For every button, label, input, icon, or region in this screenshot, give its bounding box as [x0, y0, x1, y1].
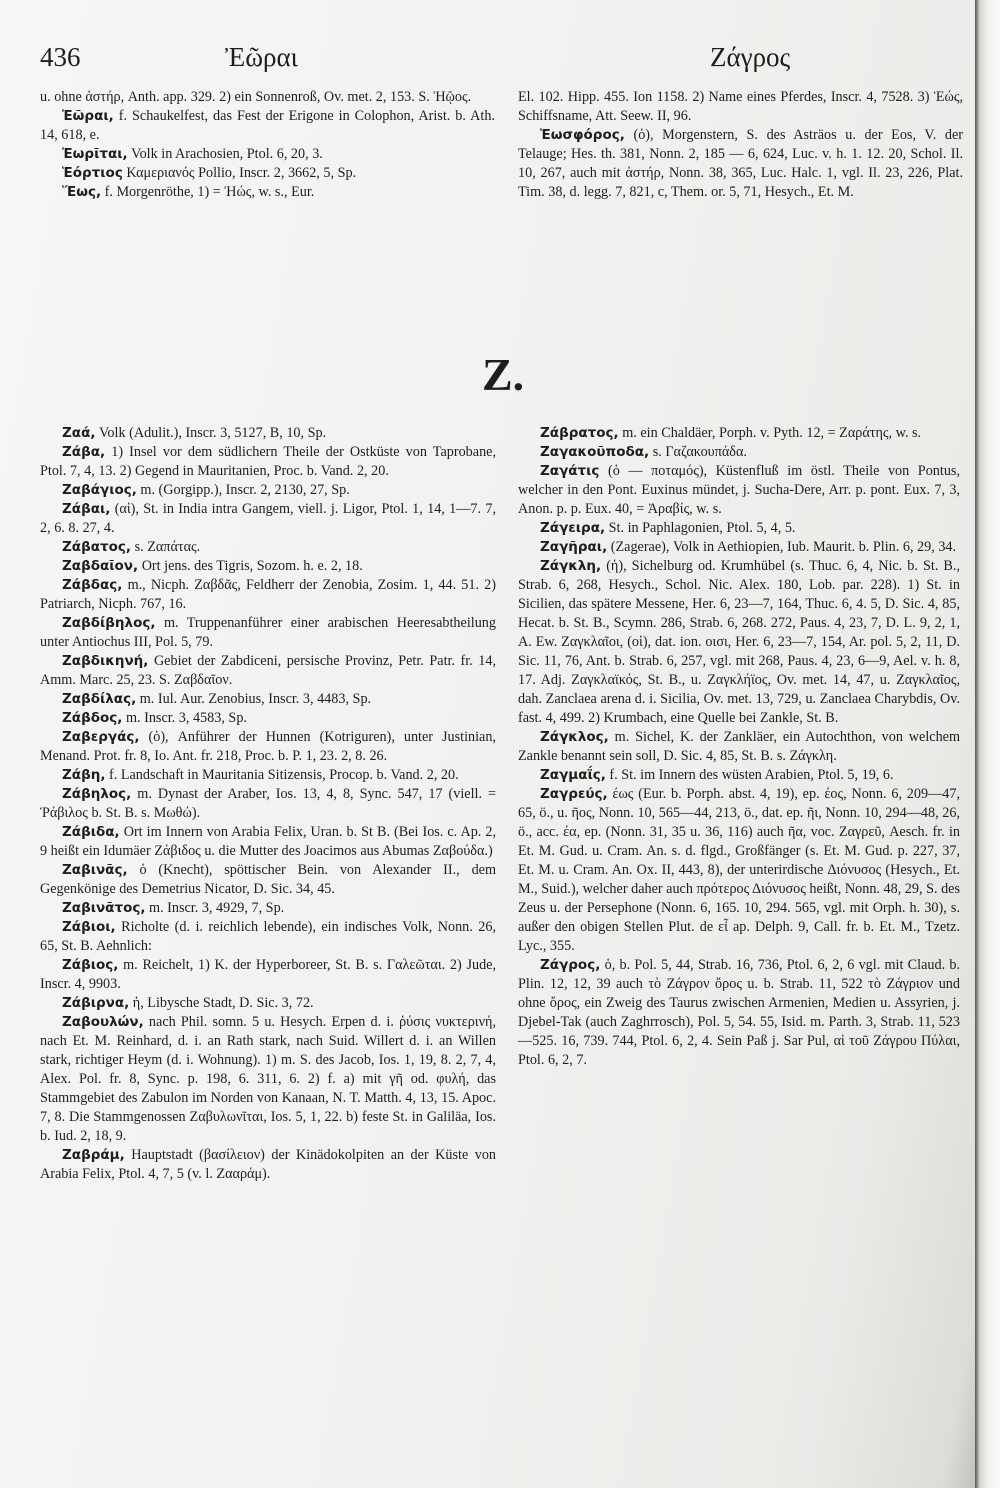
- dictionary-entry: Ζάγρος, ὁ, b. Pol. 5, 44, Strab. 16, 736…: [518, 956, 960, 1070]
- entry-headword: Ζάβδος,: [62, 710, 122, 726]
- entry-headword: Ζάβιρνα,: [62, 995, 129, 1011]
- entry-text: St. in Paphlagonien, Ptol. 5, 4, 5.: [609, 520, 796, 536]
- entry-headword: Ζάβα,: [62, 444, 105, 460]
- column-top-right: El. 102. Hipp. 455. Ion 1158. 2) Name ei…: [518, 88, 963, 202]
- dictionary-entry: u. ohne ἀστήρ, Anth. app. 329. 2) ein So…: [40, 88, 495, 107]
- book-binding-edge: [975, 0, 1000, 1488]
- entry-text: Volk in Arachosien, Ptol. 6, 20, 3.: [131, 146, 323, 162]
- page-header: 436 Ἐῶραι Ζάγρος: [40, 42, 965, 82]
- entry-headword: Ζάβατος,: [62, 539, 131, 555]
- entry-text: m. ein Chaldäer, Porph. v. Pyth. 12, = Ζ…: [622, 425, 921, 441]
- dictionary-entry: Ἑωσφόρος, (ὁ), Morgenstern, S. des Asträ…: [518, 126, 963, 202]
- dictionary-entry: Ζάβδος, m. Inscr. 3, 4583, Sp.: [40, 709, 496, 728]
- dictionary-entry: Ζαβδαῖον, Ort jens. des Tigris, Sozom. h…: [40, 557, 496, 576]
- entry-headword: Ἑόρτιος: [62, 165, 123, 181]
- entry-headword: Ζαγάτις: [540, 463, 599, 479]
- dictionary-entry: Ζαβδίλας, m. Iul. Aur. Zenobius, Inscr. …: [40, 690, 496, 709]
- dictionary-entry: Ζάβαι, (αἱ), St. in India intra Gangem, …: [40, 500, 496, 538]
- entry-headword: Ζάβιδα,: [62, 824, 120, 840]
- dictionary-entry: Ζάβρατος, m. ein Chaldäer, Porph. v. Pyt…: [518, 424, 960, 443]
- section-letter-heading: Z.: [482, 348, 524, 401]
- entry-text: m. Iul. Aur. Zenobius, Inscr. 3, 4483, S…: [140, 691, 371, 707]
- entry-headword: Ζάγκλος,: [540, 729, 609, 745]
- dictionary-entry: Ζάβη, f. Landschaft in Mauritania Sitize…: [40, 766, 496, 785]
- entry-text: ἡ, Libysche Stadt, D. Sic. 3, 72.: [133, 995, 314, 1011]
- dictionary-entry: Ἐῶραι, f. Schaukelfest, das Fest der Eri…: [40, 107, 495, 145]
- entry-headword: Ἕως,: [62, 184, 101, 200]
- entry-headword: Ζαβδαῖον,: [62, 558, 138, 574]
- entry-headword: Ζαβουλών,: [62, 1014, 144, 1030]
- entry-text: s. Ζαπάτας.: [135, 539, 201, 555]
- page-number: 436: [40, 42, 81, 73]
- dictionary-entry: Ζάγκλη, (ἡ), Sichelburg od. Krumhübel (s…: [518, 557, 960, 728]
- dictionary-entry: Ζάβα, 1) Insel vor dem südlichern Theile…: [40, 443, 496, 481]
- dictionary-entry: Ζάβηλος, m. Dynast der Araber, Ios. 13, …: [40, 785, 496, 823]
- dictionary-entry: Ζάγειρα, St. in Paphlagonien, Ptol. 5, 4…: [518, 519, 960, 538]
- entry-headword: Ζαγμαΐς,: [540, 767, 606, 783]
- dictionary-entry: Ζάβιος, m. Reichelt, 1) K. der Hyperbore…: [40, 956, 496, 994]
- entry-text: Καμεριανός Pollio, Inscr. 2, 3662, 5, Sp…: [126, 165, 356, 181]
- dictionary-entry: Ζαβδικηνή, Gebiet der Zabdiceni, persisc…: [40, 652, 496, 690]
- entry-text: f. Landschaft in Mauritania Sitizensis, …: [109, 767, 459, 783]
- entry-headword: Ἐωρῖται,: [62, 146, 128, 162]
- running-head-right: Ζάγρος: [710, 42, 790, 73]
- entry-headword: Ζαγῆραι,: [540, 539, 607, 555]
- entry-text: nach Phil. somn. 5 u. Hesych. Erpen d. i…: [40, 1014, 496, 1144]
- dictionary-entry: Ζαγάτις (ὁ — ποταμός), Küstenfluß im öst…: [518, 462, 960, 519]
- dictionary-entry: Ζαβάγιος, m. (Gorgipp.), Inscr. 2, 2130,…: [40, 481, 496, 500]
- entry-text: (ἡ), Sichelburg od. Krumhübel (s. Thuc. …: [518, 558, 960, 726]
- column-top-left: u. ohne ἀστήρ, Anth. app. 329. 2) ein So…: [40, 88, 495, 202]
- dictionary-entry: Ζάγκλος, m. Sichel, K. der Zankläer, ein…: [518, 728, 960, 766]
- entry-text: έως (Eur. b. Porph. abst. 4, 19), ep. έο…: [518, 786, 960, 954]
- entry-text: 1) Insel vor dem südlichern Theile der O…: [40, 444, 496, 479]
- dictionary-entry: Ζάβιρνα, ἡ, Libysche Stadt, D. Sic. 3, 7…: [40, 994, 496, 1013]
- dictionary-page: 436 Ἐῶραι Ζάγρος u. ohne ἀστήρ, Anth. ap…: [0, 0, 980, 1488]
- dictionary-entry: Ζάβατος, s. Ζαπάτας.: [40, 538, 496, 557]
- dictionary-entry: Ζαβουλών, nach Phil. somn. 5 u. Hesych. …: [40, 1013, 496, 1146]
- entry-headword: Ζαβάγιος,: [62, 482, 137, 498]
- entry-headword: Ἑωσφόρος,: [540, 127, 625, 143]
- dictionary-entry: Ζαγακοῦποδα, s. Γαζακουπάδα.: [518, 443, 960, 462]
- dictionary-entry: Ζάβιοι, Richolte (d. i. reichlich lebend…: [40, 918, 496, 956]
- dictionary-entry: Ζαβδίβηλος, m. Truppenanführer einer ara…: [40, 614, 496, 652]
- entry-text: s. Γαζακουπάδα.: [653, 444, 747, 460]
- entry-headword: Ζάγκλη,: [540, 558, 601, 574]
- dictionary-entry: Ζαά, Volk (Adulit.), Inscr. 3, 5127, B, …: [40, 424, 496, 443]
- entry-headword: Ζαβεργάς,: [62, 729, 140, 745]
- dictionary-entry: Ζαγῆραι, (Zagerae), Volk in Aethiopien, …: [518, 538, 960, 557]
- entry-headword: Ζάγειρα,: [540, 520, 605, 536]
- entry-text: (Zagerae), Volk in Aethiopien, Iub. Maur…: [611, 539, 956, 555]
- entry-headword: Ζάβηλος,: [62, 786, 131, 802]
- dictionary-entry: El. 102. Hipp. 455. Ion 1158. 2) Name ei…: [518, 88, 963, 126]
- entry-headword: Ζάβιοι,: [62, 919, 116, 935]
- entry-text: m. (Gorgipp.), Inscr. 2, 2130, 27, Sp.: [140, 482, 349, 498]
- entry-headword: Ζαβινᾶς,: [62, 862, 128, 878]
- dictionary-entry: Ζαβινᾶτος, m. Inscr. 3, 4929, 7, Sp.: [40, 899, 496, 918]
- dictionary-entry: Ζάβιδα, Ort im Innern von Arabia Felix, …: [40, 823, 496, 861]
- entry-headword: Ζαβδίλας,: [62, 691, 136, 707]
- entry-text: f. St. im Innern des wüsten Arabien, Pto…: [609, 767, 893, 783]
- entry-text: m. Inscr. 3, 4929, 7, Sp.: [149, 900, 284, 916]
- entry-headword: Ζαγακοῦποδα,: [540, 444, 649, 460]
- entry-headword: Ζάγρος,: [540, 957, 600, 973]
- entry-text: f. Morgenröthe, 1) = Ἠώς, w. s., Eur.: [105, 184, 315, 200]
- running-head-left: Ἐῶραι: [225, 42, 298, 73]
- entry-text: m. Inscr. 3, 4583, Sp.: [126, 710, 247, 726]
- dictionary-entry: Ζαβράμ, Hauptstadt (βασίλειον) der Kinäd…: [40, 1146, 496, 1184]
- entry-headword: Ζαβδικηνή,: [62, 653, 148, 669]
- entry-headword: Ζαγρεύς,: [540, 786, 608, 802]
- column-main-left: Ζαά, Volk (Adulit.), Inscr. 3, 5127, B, …: [40, 424, 496, 1184]
- dictionary-entry: Ἑόρτιος Καμεριανός Pollio, Inscr. 2, 366…: [40, 164, 495, 183]
- dictionary-entry: Ζαβινᾶς, ὁ (Knecht), spöttischer Bein. v…: [40, 861, 496, 899]
- entry-headword: Ζάβαι,: [62, 501, 110, 517]
- entry-headword: Ζάβρατος,: [540, 425, 619, 441]
- column-main-right: Ζάβρατος, m. ein Chaldäer, Porph. v. Pyt…: [518, 424, 960, 1070]
- entry-headword: Ζαά,: [62, 425, 95, 441]
- entry-headword: Ἐῶραι,: [62, 108, 114, 124]
- entry-text: El. 102. Hipp. 455. Ion 1158. 2) Name ei…: [518, 89, 963, 124]
- entry-text: ὁ, b. Pol. 5, 44, Strab. 16, 736, Ptol. …: [518, 957, 960, 1068]
- entry-headword: Ζαβδίβηλος,: [62, 615, 156, 631]
- entry-headword: Ζάβιος,: [62, 957, 118, 973]
- dictionary-entry: Ζαβεργάς, (ὁ), Anführer der Hunnen (Kotr…: [40, 728, 496, 766]
- dictionary-entry: Ζαγρεύς, έως (Eur. b. Porph. abst. 4, 19…: [518, 785, 960, 956]
- entry-headword: Ζαβράμ,: [62, 1147, 125, 1163]
- dictionary-entry: Ἐωρῖται, Volk in Arachosien, Ptol. 6, 20…: [40, 145, 495, 164]
- entry-headword: Ζάβδας,: [62, 577, 122, 593]
- entry-headword: Ζαβινᾶτος,: [62, 900, 145, 916]
- entry-text: u. ohne ἀστήρ, Anth. app. 329. 2) ein So…: [40, 89, 471, 105]
- dictionary-entry: Ζαγμαΐς, f. St. im Innern des wüsten Ara…: [518, 766, 960, 785]
- entry-text: Volk (Adulit.), Inscr. 3, 5127, B, 10, S…: [99, 425, 326, 441]
- entry-text: Ort jens. des Tigris, Sozom. h. e. 2, 18…: [142, 558, 363, 574]
- entry-headword: Ζάβη,: [62, 767, 105, 783]
- dictionary-entry: Ζάβδας, m., Nicph. Ζαβδᾶς, Feldherr der …: [40, 576, 496, 614]
- dictionary-entry: Ἕως, f. Morgenröthe, 1) = Ἠώς, w. s., Eu…: [40, 183, 495, 202]
